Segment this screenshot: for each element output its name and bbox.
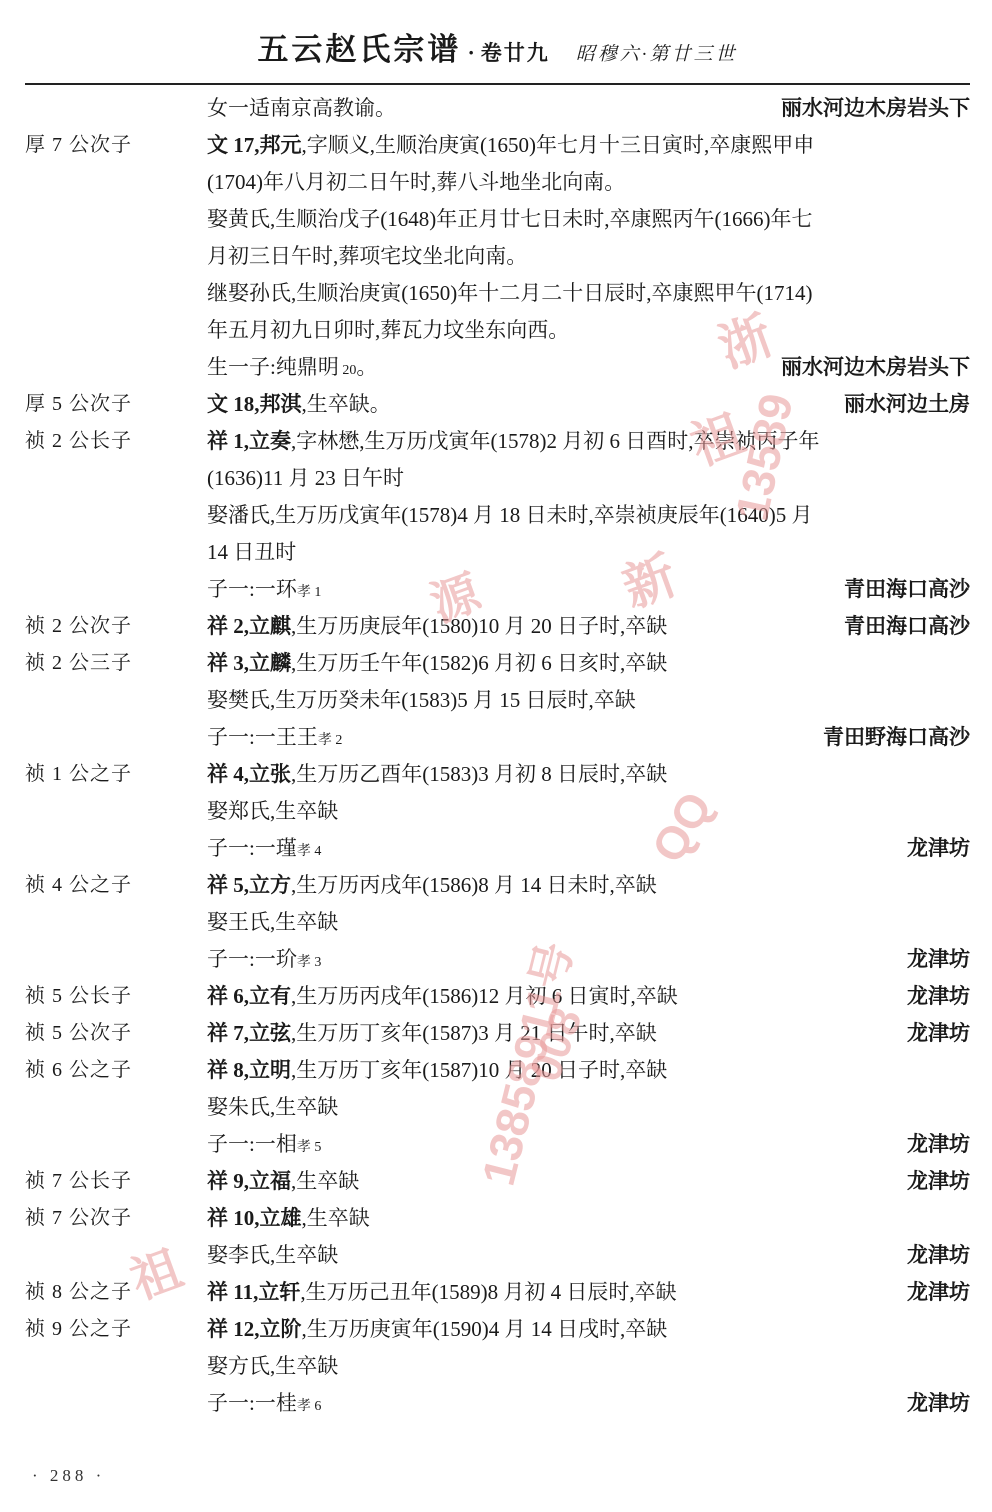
page-number: · 288 · [32, 1466, 105, 1486]
person-name: 祥 1,立奏 [207, 429, 291, 453]
lineage-label: 祯 5 公长子 [25, 978, 132, 1015]
entry-text: 祥 5,立方,生万历丙戌年(1586)8 月 14 日未时,卒缺 [207, 867, 657, 904]
entry-body-text: ,生万历庚寅年(1590)4 月 14 日戌时,卒缺 [302, 1317, 668, 1341]
entry-body-text: ,生万历丁亥年(1587)3 月 21 日午时,卒缺 [291, 1021, 657, 1045]
residence-place: 丽水河边木房岩头下 [781, 349, 970, 386]
lineage-label: 厚 7 公次子 [25, 127, 132, 164]
entry-text: 子一:一王王孝 2 [207, 719, 342, 759]
generation-annotation: 孝 3 [297, 955, 322, 970]
entry-body-text: 子一:一桂 [207, 1391, 297, 1415]
entry-row: 继娶孙氏,生顺治庚寅(1650)年十二月二十日辰时,卒康熙甲午(1714) [25, 275, 970, 312]
person-name: 祥 4,立张 [207, 762, 291, 786]
entry-row: (1636)11 月 23 日午时 [25, 460, 970, 497]
entry-body-text: ,生万历丙戌年(1586)12 月初 6 日寅时,卒缺 [291, 984, 678, 1008]
entry-body-text: 14 日丑时 [207, 540, 296, 564]
entry-text: 祥 3,立麟,生万历壬午年(1582)6 月初 6 日亥时,卒缺 [207, 645, 667, 682]
entry-row: 子一:一环孝 1青田海口高沙 [25, 571, 970, 608]
entry-body-text: 娶潘氏,生万历戊寅年(1578)4 月 18 日未时,卒崇祯庚辰年(1640)5… [207, 503, 812, 527]
lineage-label: 祯 2 公次子 [25, 608, 132, 645]
genealogy-entries: 女一适南京高教谕。丽水河边木房岩头下厚 7 公次子文 17,邦元,字顺义,生顺治… [25, 90, 970, 1422]
section-label: 昭穆六·第廿三世 [576, 44, 738, 65]
entry-text: 娶樊氏,生万历癸未年(1583)5 月 15 日辰时,卒缺 [207, 682, 636, 719]
entry-row: (1704)年八月初二日午时,葬八斗地坐北向南。 [25, 164, 970, 201]
entry-text: 年五月初九日卯时,葬瓦力坟坐东向西。 [207, 312, 569, 349]
residence-place: 龙津坊 [907, 830, 970, 867]
entry-body-text: ,生万历乙酉年(1583)3 月初 8 日辰时,卒缺 [291, 762, 667, 786]
generation-annotation: 孝 6 [297, 1399, 322, 1414]
entry-body-text: ,生万历壬午年(1582)6 月初 6 日亥时,卒缺 [291, 651, 667, 675]
entry-row: 祯 1 公之子祥 4,立张,生万历乙酉年(1583)3 月初 8 日辰时,卒缺 [25, 756, 970, 793]
entry-row: 祯 2 公次子祥 2,立麒,生万历庚辰年(1580)10 月 20 日子时,卒缺… [25, 608, 970, 645]
entry-text: 祥 1,立奏,字林懋,生万历戊寅年(1578)2 月初 6 日酉时,卒崇祯丙子年 [207, 423, 820, 460]
generation-annotation: 孝 5 [297, 1140, 322, 1155]
entry-text: 娶李氏,生卒缺 [207, 1237, 338, 1274]
entry-body-text: ,生万历庚辰年(1580)10 月 20 日子时,卒缺 [291, 614, 667, 638]
residence-place: 丽水河边土房 [844, 386, 970, 423]
generation-annotation: 孝 1 [297, 585, 322, 600]
entry-text: 祥 9,立福,生卒缺 [207, 1163, 359, 1200]
entry-body-text: 子一:一环 [207, 577, 297, 601]
entry-text: 祥 7,立弦,生万历丁亥年(1587)3 月 21 日午时,卒缺 [207, 1015, 657, 1052]
entry-text: 祥 8,立明,生万历丁亥年(1587)10 月 20 日子时,卒缺 [207, 1052, 667, 1089]
entry-row: 子一:一王王孝 2青田野海口高沙 [25, 719, 970, 756]
generation-annotation: 孝 4 [297, 844, 322, 859]
entry-row: 祯 7 公长子祥 9,立福,生卒缺龙津坊 [25, 1163, 970, 1200]
entry-row: 年五月初九日卯时,葬瓦力坟坐东向西。 [25, 312, 970, 349]
entry-row: 月初三日午时,葬项宅坟坐北向南。 [25, 238, 970, 275]
entry-row: 祯 4 公之子祥 5,立方,生万历丙戌年(1586)8 月 14 日未时,卒缺 [25, 867, 970, 904]
entry-text: 祥 12,立阶,生万历庚寅年(1590)4 月 14 日戌时,卒缺 [207, 1311, 667, 1348]
entry-body-text: ,生万历丙戌年(1586)8 月 14 日未时,卒缺 [291, 873, 657, 897]
lineage-label: 祯 9 公之子 [25, 1311, 132, 1348]
entry-body-text: ,生卒缺 [291, 1169, 359, 1193]
volume-label: 卷廿九 [481, 41, 550, 65]
entry-text: 娶郑氏,生卒缺 [207, 793, 338, 830]
entry-body-text: 子一:一瑾 [207, 836, 297, 860]
title-separator-dot: · [467, 40, 474, 65]
entry-row: 祯 5 公长子祥 6,立有,生万历丙戌年(1586)12 月初 6 日寅时,卒缺… [25, 978, 970, 1015]
entry-text: 娶方氏,生卒缺 [207, 1348, 338, 1385]
entry-row: 生一子:纯鼎明 20。丽水河边木房岩头下 [25, 349, 970, 386]
entry-body-text: 子一:一相 [207, 1132, 297, 1156]
person-name: 祥 9,立福 [207, 1169, 291, 1193]
entry-text: 娶潘氏,生万历戊寅年(1578)4 月 18 日未时,卒崇祯庚辰年(1640)5… [207, 497, 812, 534]
person-name: 祥 3,立麟 [207, 651, 291, 675]
entry-body-text: 娶朱氏,生卒缺 [207, 1095, 338, 1119]
entry-text: 女一适南京高教谕。 [207, 90, 396, 127]
entry-row: 祯 7 公次子祥 10,立雄,生卒缺 [25, 1200, 970, 1237]
entry-text: 子一:一桂孝 6 [207, 1385, 321, 1425]
entry-body-text: ,字林懋,生万历戊寅年(1578)2 月初 6 日酉时,卒崇祯丙子年 [291, 429, 820, 453]
lineage-label: 祯 8 公之子 [25, 1274, 132, 1311]
entry-row: 娶潘氏,生万历戊寅年(1578)4 月 18 日未时,卒崇祯庚辰年(1640)5… [25, 497, 970, 534]
entry-body-text: 娶黄氏,生顺治戊子(1648)年正月廿七日未时,卒康熙丙午(1666)年七 [207, 207, 812, 231]
lineage-label: 祯 6 公之子 [25, 1052, 132, 1089]
residence-place: 龙津坊 [907, 978, 970, 1015]
person-name: 祥 6,立有 [207, 984, 291, 1008]
residence-place: 龙津坊 [907, 1274, 970, 1311]
entry-row: 子一:一瑾孝 4龙津坊 [25, 830, 970, 867]
entry-row: 祯 5 公次子祥 7,立弦,生万历丁亥年(1587)3 月 21 日午时,卒缺龙… [25, 1015, 970, 1052]
residence-place: 丽水河边木房岩头下 [781, 90, 970, 127]
entry-text: 祥 10,立雄,生卒缺 [207, 1200, 370, 1237]
entry-text: 子一:一瑾孝 4 [207, 830, 321, 870]
lineage-label: 祯 7 公次子 [25, 1200, 132, 1237]
entry-text: (1636)11 月 23 日午时 [207, 460, 404, 497]
entry-body-text: 年五月初九日卯时,葬瓦力坟坐东向西。 [207, 318, 569, 342]
residence-place: 龙津坊 [907, 1126, 970, 1163]
entry-text: 子一:一环孝 1 [207, 571, 321, 611]
entry-body-text: 娶樊氏,生万历癸未年(1583)5 月 15 日辰时,卒缺 [207, 688, 636, 712]
entry-row: 女一适南京高教谕。丽水河边木房岩头下 [25, 90, 970, 127]
entry-body-text: (1636)11 月 23 日午时 [207, 466, 404, 490]
entry-row: 祯 2 公三子祥 3,立麟,生万历壬午年(1582)6 月初 6 日亥时,卒缺 [25, 645, 970, 682]
entry-text-tail: 。 [356, 355, 377, 379]
entry-body-text: ,生万历己丑年(1589)8 月初 4 日辰时,卒缺 [300, 1280, 676, 1304]
entry-row: 娶王氏,生卒缺 [25, 904, 970, 941]
entry-row: 娶黄氏,生顺治戊子(1648)年正月廿七日未时,卒康熙丙午(1666)年七 [25, 201, 970, 238]
entry-body-text: (1704)年八月初二日午时,葬八斗地坐北向南。 [207, 170, 625, 194]
lineage-label: 祯 1 公之子 [25, 756, 132, 793]
entry-body-text: 女一适南京高教谕。 [207, 96, 396, 120]
entry-row: 娶李氏,生卒缺龙津坊 [25, 1237, 970, 1274]
entry-row: 14 日丑时 [25, 534, 970, 571]
entry-text: 子一:一玠孝 3 [207, 941, 321, 981]
entry-body-text: 娶郑氏,生卒缺 [207, 799, 338, 823]
entry-body-text: ,字顺义,生顺治庚寅(1650)年七月十三日寅时,卒康熙甲申 [302, 133, 815, 157]
entry-text: 娶王氏,生卒缺 [207, 904, 338, 941]
entry-body-text: 娶方氏,生卒缺 [207, 1354, 338, 1378]
residence-place: 青田野海口高沙 [823, 719, 970, 756]
entry-row: 娶郑氏,生卒缺 [25, 793, 970, 830]
entry-row: 娶樊氏,生万历癸未年(1583)5 月 15 日辰时,卒缺 [25, 682, 970, 719]
entry-text: (1704)年八月初二日午时,葬八斗地坐北向南。 [207, 164, 625, 201]
genealogy-page: 五云赵氏宗谱·卷廿九昭穆六·第廿三世 女一适南京高教谕。丽水河边木房岩头下厚 7… [0, 0, 992, 1512]
generation-annotation: 20 [339, 363, 357, 378]
lineage-label: 祯 2 公三子 [25, 645, 132, 682]
person-name: 祥 12,立阶 [207, 1317, 302, 1341]
residence-place: 龙津坊 [907, 1385, 970, 1422]
entry-text: 文 18,邦淇,生卒缺。 [207, 386, 391, 423]
lineage-label: 祯 5 公次子 [25, 1015, 132, 1052]
generation-annotation: 孝 2 [318, 733, 343, 748]
residence-place: 龙津坊 [907, 1237, 970, 1274]
book-title: 五云赵氏宗谱 [257, 32, 461, 67]
entry-row: 厚 5 公次子文 18,邦淇,生卒缺。丽水河边土房 [25, 386, 970, 423]
entry-row: 娶方氏,生卒缺 [25, 1348, 970, 1385]
entry-body-text: 继娶孙氏,生顺治庚寅(1650)年十二月二十日辰时,卒康熙甲午(1714) [207, 281, 812, 305]
person-name: 文 17,邦元 [207, 133, 302, 157]
entry-text: 子一:一相孝 5 [207, 1126, 321, 1166]
entry-row: 祯 8 公之子祥 11,立轩,生万历己丑年(1589)8 月初 4 日辰时,卒缺… [25, 1274, 970, 1311]
entry-text: 娶黄氏,生顺治戊子(1648)年正月廿七日未时,卒康熙丙午(1666)年七 [207, 201, 812, 238]
entry-row: 祯 9 公之子祥 12,立阶,生万历庚寅年(1590)4 月 14 日戌时,卒缺 [25, 1311, 970, 1348]
entry-text: 文 17,邦元,字顺义,生顺治庚寅(1650)年七月十三日寅时,卒康熙甲申 [207, 127, 814, 164]
lineage-label: 祯 2 公长子 [25, 423, 132, 460]
entry-body-text: 生一子:纯鼎明 [207, 355, 339, 379]
entry-body-text: ,生卒缺 [302, 1206, 370, 1230]
person-name: 文 18,邦淇 [207, 392, 302, 416]
entry-row: 祯 2 公长子祥 1,立奏,字林懋,生万历戊寅年(1578)2 月初 6 日酉时… [25, 423, 970, 460]
residence-place: 青田海口高沙 [844, 571, 970, 608]
lineage-label: 祯 7 公长子 [25, 1163, 132, 1200]
lineage-label: 祯 4 公之子 [25, 867, 132, 904]
person-name: 祥 8,立明 [207, 1058, 291, 1082]
entry-text: 祥 6,立有,生万历丙戌年(1586)12 月初 6 日寅时,卒缺 [207, 978, 678, 1015]
entry-text: 娶朱氏,生卒缺 [207, 1089, 338, 1126]
entry-body-text: 娶李氏,生卒缺 [207, 1243, 338, 1267]
entry-row: 厚 7 公次子文 17,邦元,字顺义,生顺治庚寅(1650)年七月十三日寅时,卒… [25, 127, 970, 164]
person-name: 祥 10,立雄 [207, 1206, 302, 1230]
entry-text: 14 日丑时 [207, 534, 296, 571]
residence-place: 青田海口高沙 [844, 608, 970, 645]
entry-row: 祯 6 公之子祥 8,立明,生万历丁亥年(1587)10 月 20 日子时,卒缺 [25, 1052, 970, 1089]
person-name: 祥 11,立轩 [207, 1280, 300, 1304]
entry-text: 祥 4,立张,生万历乙酉年(1583)3 月初 8 日辰时,卒缺 [207, 756, 667, 793]
entry-row: 子一:一桂孝 6龙津坊 [25, 1385, 970, 1422]
person-name: 祥 7,立弦 [207, 1021, 291, 1045]
residence-place: 龙津坊 [907, 1015, 970, 1052]
entry-body-text: ,生卒缺。 [302, 392, 391, 416]
entry-text: 月初三日午时,葬项宅坟坐北向南。 [207, 238, 527, 275]
entry-row: 娶朱氏,生卒缺 [25, 1089, 970, 1126]
entry-row: 子一:一相孝 5龙津坊 [25, 1126, 970, 1163]
entry-text: 祥 2,立麒,生万历庚辰年(1580)10 月 20 日子时,卒缺 [207, 608, 667, 645]
entry-body-text: 子一:一玠 [207, 947, 297, 971]
entry-text: 继娶孙氏,生顺治庚寅(1650)年十二月二十日辰时,卒康熙甲午(1714) [207, 275, 812, 312]
header-divider [25, 83, 970, 85]
entry-row: 子一:一玠孝 3龙津坊 [25, 941, 970, 978]
person-name: 祥 5,立方 [207, 873, 291, 897]
entry-body-text: 月初三日午时,葬项宅坟坐北向南。 [207, 244, 527, 268]
residence-place: 龙津坊 [907, 1163, 970, 1200]
lineage-label: 厚 5 公次子 [25, 386, 132, 423]
residence-place: 龙津坊 [907, 941, 970, 978]
entry-body-text: 娶王氏,生卒缺 [207, 910, 338, 934]
page-header: 五云赵氏宗谱·卷廿九昭穆六·第廿三世 [25, 24, 970, 69]
entry-body-text: 子一:一王王 [207, 725, 318, 749]
person-name: 祥 2,立麒 [207, 614, 291, 638]
entry-body-text: ,生万历丁亥年(1587)10 月 20 日子时,卒缺 [291, 1058, 667, 1082]
entry-text: 祥 11,立轩,生万历己丑年(1589)8 月初 4 日辰时,卒缺 [207, 1274, 677, 1311]
entry-text: 生一子:纯鼎明 20。 [207, 349, 377, 389]
